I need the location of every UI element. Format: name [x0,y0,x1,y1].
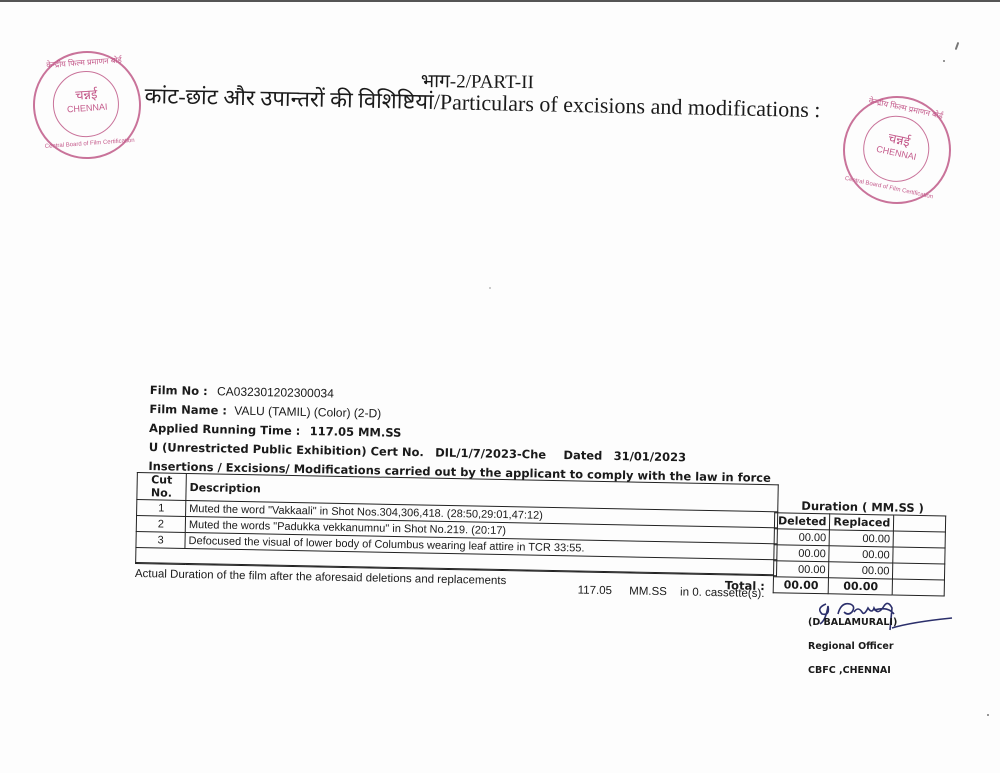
film-no-label: Film No : [150,383,208,398]
signatory-block: (D BALAMURALI) Regional Officer CBFC ,CH… [808,617,897,689]
deleted-value: 00.00 [773,561,829,578]
running-time-value: 117.05 MM.SS [310,424,402,440]
replaced-value: 00.00 [830,530,894,547]
signatory-office: CBFC ,CHENNAI [808,665,897,689]
cut-no: 2 [136,516,185,533]
blank-cell [893,531,945,548]
actual-duration-unit: MM.SS [629,585,667,598]
signatory-name: (D BALAMURALI) [808,617,897,641]
cert-no: DIL/1/7/2023-Che [435,445,546,461]
stamp-ring-english: Central Board of Film Certification [38,137,142,150]
deleted-value: 00.00 [774,529,830,546]
page-heading: कांट-छांट और उपान्तरों की विशिष्टियां/Pa… [144,80,820,124]
scan-edge [0,0,1000,2]
scan-mark [987,714,989,716]
cbfc-stamp-left: केन्द्रीय फिल्म प्रमाणन बोर्ड चन्नई CHEN… [29,47,144,162]
blank-cell [893,563,945,580]
film-no-value: CA032301202300034 [217,384,334,400]
actual-duration-value: 117.05 [578,584,613,597]
cut-no: 1 [137,500,186,517]
stamp-ring-hindi: केन्द्रीय फिल्म प्रमाणन बोर्ड [32,53,137,71]
dated-value: 31/01/2023 [614,449,687,464]
total-replaced: 00.00 [829,578,893,595]
actual-duration-label: Actual Duration of the film after the af… [135,568,507,587]
col-deleted: Deleted [774,513,830,530]
replaced-value: 00.00 [829,562,893,579]
dated-label: Dated [563,448,602,463]
duration-table: Deleted Replaced 00.00 00.00 00.00 00.00… [773,512,947,596]
signatory-title: Regional Officer [808,641,897,665]
col-replaced: Replaced [830,514,894,531]
film-name-value: VALU (TAMIL) (Color) (2-D) [234,404,381,421]
blank-cell [893,547,945,564]
deleted-value: 00.00 [774,545,830,562]
actual-duration: 117.05 MM.SS in 0. cassette(s). [578,584,765,600]
cut-no: 3 [136,531,185,548]
scan-mark [943,60,945,62]
blank-col [894,515,946,532]
film-name-label: Film Name : [149,402,227,417]
cassette-count: in 0. cassette(s). [680,586,765,600]
running-time-label: Applied Running Time : [149,421,300,438]
col-cut-no: Cut No. [137,473,187,501]
replaced-value: 00.00 [829,546,893,563]
cbfc-stamp-right: केन्द्रीय फिल्म प्रमाणन बोर्ड चन्नई CHEN… [833,86,961,214]
total-deleted: 00.00 [773,577,829,594]
scan-mark [489,287,491,289]
excisions-table: Cut No. Description 1 Muted the word "Va… [135,472,779,576]
scan-mark [955,42,960,50]
